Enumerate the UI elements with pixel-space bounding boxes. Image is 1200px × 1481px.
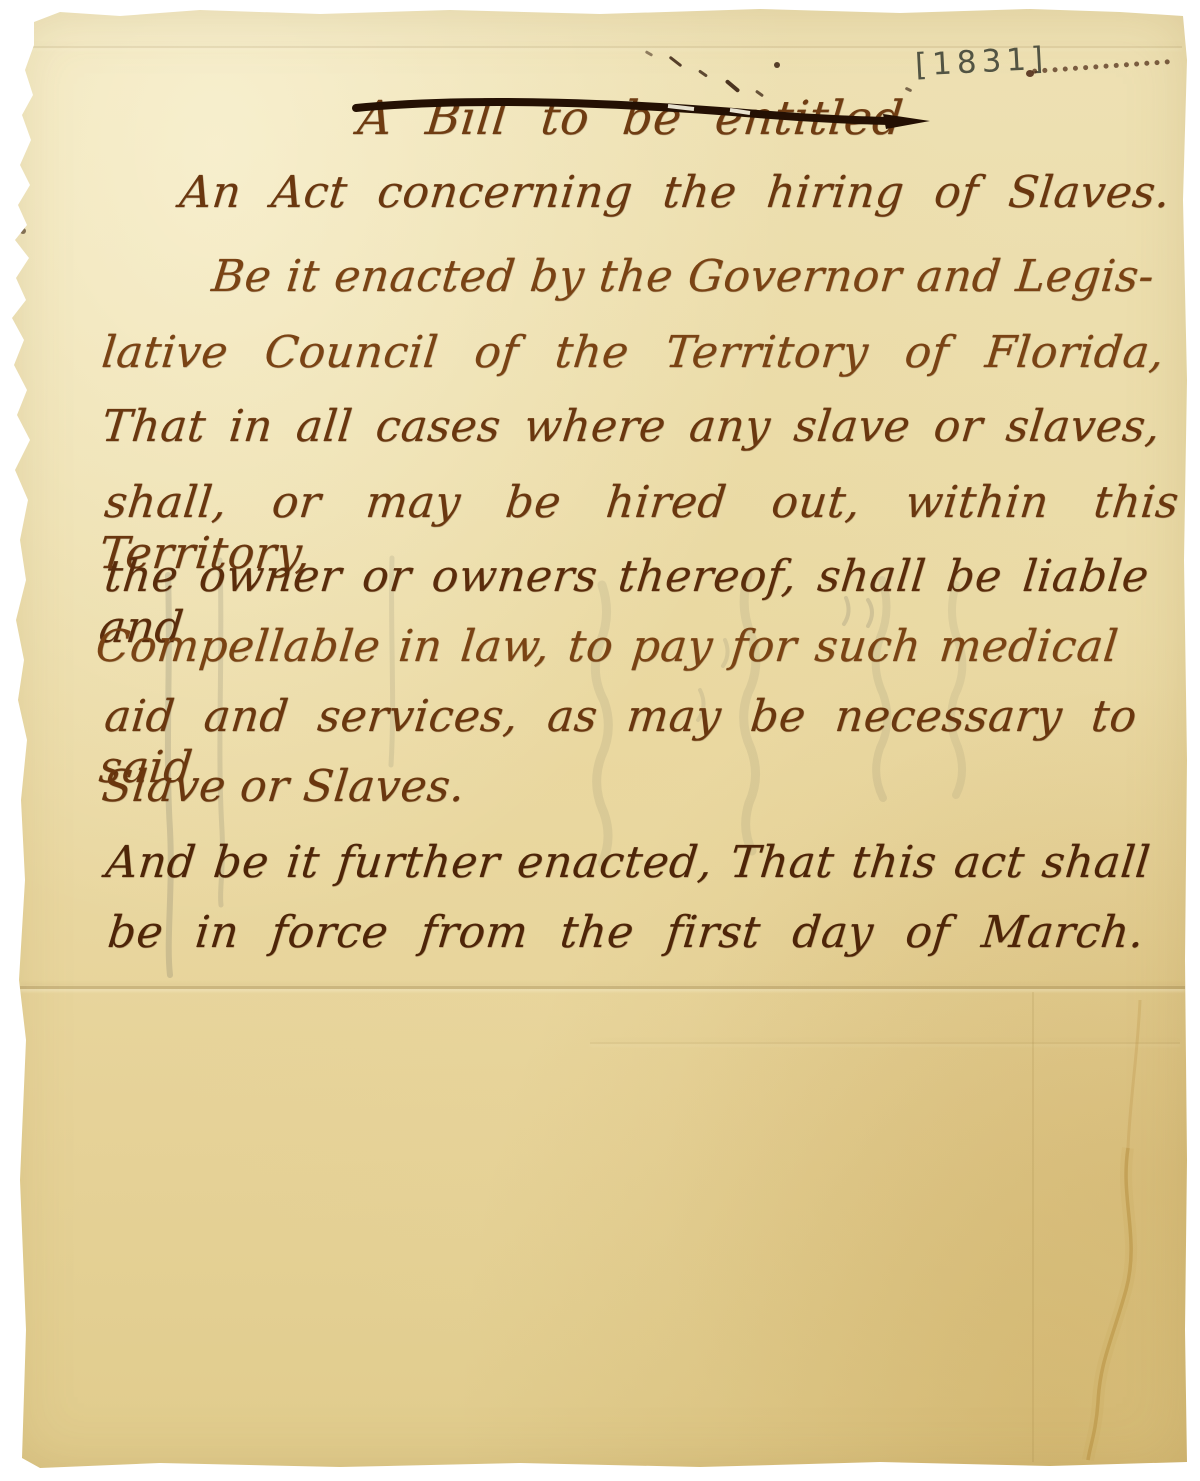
document-scan: [1831] A Bill to be entitled An Act conc… <box>0 0 1200 1481</box>
handwritten-line: Slave or Slaves. <box>99 762 467 813</box>
edge-fleck <box>12 648 17 653</box>
handwritten-line: lative Council of the Territory of Flori… <box>99 328 1166 379</box>
handwritten-line: be in force from the first day of March. <box>105 908 1146 959</box>
manuscript-page: [1831] A Bill to be entitled An Act conc… <box>0 0 1200 1481</box>
handwritten-line: That in all cases where any slave or sla… <box>99 402 1162 453</box>
handwritten-line: Compellable in law, to pay for such medi… <box>93 622 1120 673</box>
ink-spatter <box>669 56 683 68</box>
strikethrough-mark <box>338 88 958 144</box>
ink-spatter <box>645 50 653 57</box>
ink-dots-trail <box>1032 59 1170 74</box>
ink-spatter <box>774 62 780 68</box>
edge-fleck <box>20 228 26 234</box>
ink-spatter <box>698 69 708 77</box>
handwritten-line: An Act concerning the hiring of Slaves. <box>177 168 1172 219</box>
year-annotation: [1831] <box>914 41 1049 84</box>
handwritten-line: Be it enacted by the Governor and Legis- <box>209 252 1156 303</box>
edge-fleck <box>13 302 18 307</box>
edge-fleck <box>16 432 21 438</box>
fold-crease-middle <box>20 986 1185 989</box>
fold-crease-vertical <box>1032 992 1034 1462</box>
handwritten-line: And be it further enacted, That this act… <box>103 838 1152 889</box>
fold-crease-lower <box>590 1042 1180 1044</box>
